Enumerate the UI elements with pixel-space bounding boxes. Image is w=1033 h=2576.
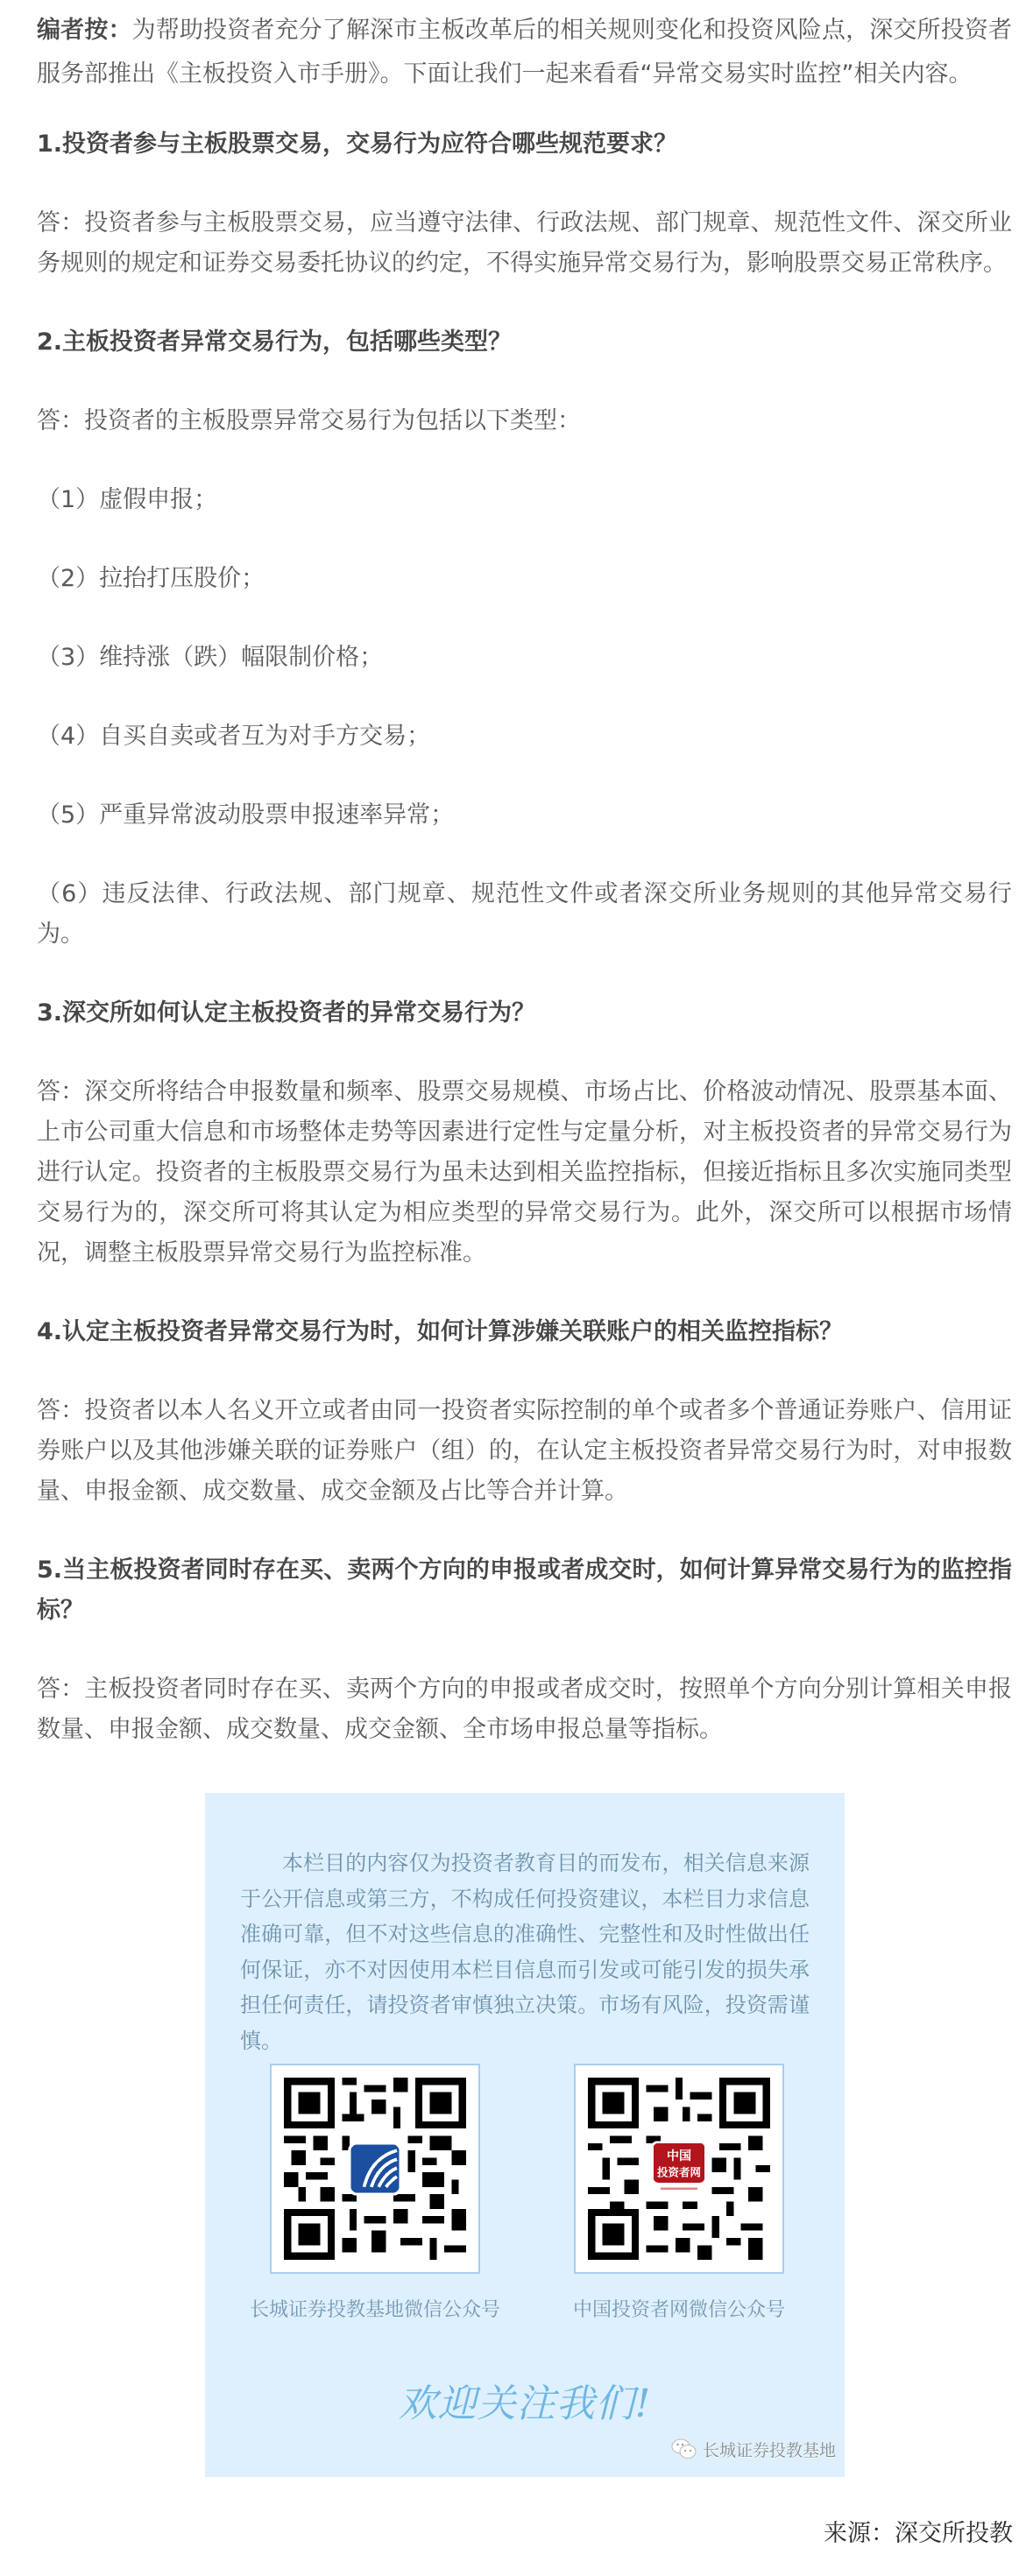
editor-note-label: 编者按： [37,17,132,44]
list-item-5: （5）严重异常波动股票申报速率异常； [37,795,1012,836]
answer-3: 答：深交所将结合申报数量和频率、股票交易规模、市场占比、价格波动情况、股票基本面… [37,1072,1012,1274]
question-heading-1: 1.投资者参与主板股票交易，交易行为应符合哪些规范要求？ [37,124,1012,165]
answer-5: 答：主板投资者同时存在买、卖两个方向的申报或者成交时，按照单个方向分别计算相关申… [37,1669,1012,1750]
article-body: 编者按：为帮助投资者充分了解深市主板改革后的相关规则变化和投资风险点，深交所投资… [37,9,1012,1789]
qr-code-image: 中国 投资者网 [588,2078,770,2260]
question-heading-4: 4.认定主板投资者异常交易行为时，如何计算涉嫌关联账户的相关监控指标？ [37,1312,1012,1352]
wechat-watermark: 长城证券投教基地 [671,2436,836,2462]
source-attribution: 来源：深交所投教 [824,2516,1013,2551]
list-item-3: （3）维持涨（跌）幅限制价格； [37,638,1012,678]
editor-note: 编者按：为帮助投资者充分了解深市主板改革后的相关规则变化和投资风险点，深交所投资… [37,9,1012,96]
question-heading-2: 2.主板投资者异常交易行为，包括哪些类型？ [37,322,1012,363]
answer-4: 答：投资者以本人名义开立或者由同一投资者实际控制的单个或者多个普通证券账户、信用… [37,1391,1012,1512]
qr-code-great-wall-securities[interactable] [270,2064,480,2274]
list-item-6: （6）违反法律、行政法规、部门规章、规范性文件或者深交所业务规则的其他异常交易行… [37,874,1012,955]
qr-code-image [284,2078,466,2260]
qr-caption-great-wall-securities: 长城证券投教基地微信公众号 [248,2297,502,2324]
disclaimer-text: 本栏目的内容仅为投资者教育目的而发布，相关信息来源于公开信息或第三方，不构成任何… [240,1846,810,2058]
disclaimer-box: 本栏目的内容仅为投资者教育目的而发布，相关信息来源于公开信息或第三方，不构成任何… [205,1793,845,2477]
list-item-4: （4）自买自卖或者互为对手方交易； [37,716,1012,757]
question-heading-5: 5.当主板投资者同时存在买、卖两个方向的申报或者成交时，如何计算异常交易行为的监… [37,1550,1012,1631]
editor-note-text: 为帮助投资者充分了解深市主板改革后的相关规则变化和投资风险点，深交所投资者服务部… [37,17,1012,88]
answer-1: 答：投资者参与主板股票交易，应当遵守法律、行政法规、部门规章、规范性文件、深交所… [37,203,1012,284]
qr-code-china-investor-network[interactable]: 中国 投资者网 [574,2064,784,2274]
logo-text-line2: 投资者网 [657,2165,701,2178]
question-heading-3: 3.深交所如何认定主板投资者的异常交易行为？ [37,993,1012,1034]
list-item-1: （1）虚假申报； [37,480,1012,520]
answer-2: 答：投资者的主板股票异常交易行为包括以下类型： [37,401,1012,441]
list-item-2: （2）拉抬打压股价； [37,559,1012,599]
welcome-banner: 欢迎关注我们! [205,2380,845,2429]
logo-text-line1: 中国 [667,2149,691,2163]
watermark-text: 长城证券投教基地 [703,2438,836,2461]
wechat-icon [671,2438,697,2460]
qr-caption-china-investor-network: 中国投资者网微信公众号 [552,2297,806,2324]
